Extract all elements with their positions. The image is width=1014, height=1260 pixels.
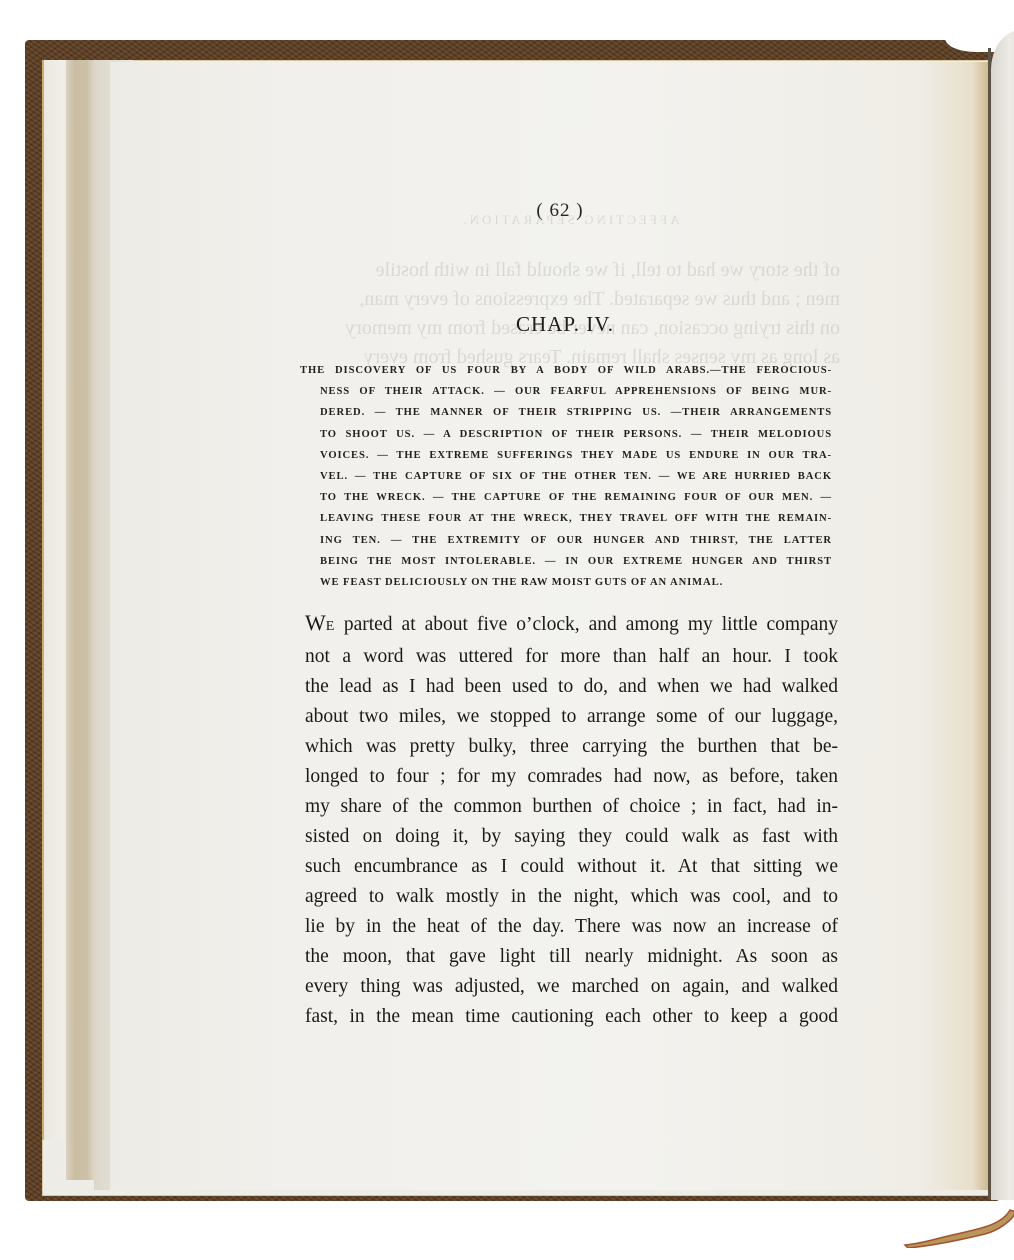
ribbon-bookmark-icon [900, 1208, 1014, 1248]
summary-line: THE DISCOVERY OF US FOUR BY A BODY OF WI… [300, 360, 832, 381]
page-number: ( 62 ) [490, 200, 630, 222]
body-line: such encumbrance as I could without it. … [305, 852, 838, 882]
body-line: longed to four ; for my comrades had now… [305, 762, 838, 792]
body-paragraph: WE parted at about five o’clock, and amo… [305, 608, 838, 1032]
body-line: my share of the common burthen of choice… [305, 792, 838, 822]
summary-line: BEING THE MOST INTOLERABLE. — IN OUR EXT… [300, 551, 832, 572]
body-line: which was pretty bulky, three carrying t… [305, 732, 838, 762]
body-line: lie by in the heat of the day. There was… [305, 912, 838, 942]
summary-line: TO THE WRECK. — THE CAPTURE OF THE REMAI… [300, 487, 832, 508]
bleed-line: men ; and thus we separated. The express… [300, 285, 840, 314]
first-line-text: parted at about five o’clock, and among … [335, 614, 838, 635]
body-line: agreed to walk mostly in the night, whic… [305, 882, 838, 912]
summary-line: WE FEAST DELICIOUSLY ON THE RAW MOIST GU… [300, 572, 832, 593]
body-line: every thing was adjusted, we marched on … [305, 972, 838, 1002]
body-line: fast, in the mean time cautioning each o… [305, 1002, 838, 1032]
body-line: the lead as I had been used to do, and w… [305, 672, 838, 702]
body-line: about two miles, we stopped to arrange s… [305, 702, 838, 732]
body-line: the moon, that gave light till nearly mi… [305, 942, 838, 972]
next-page-curl [991, 30, 1014, 1200]
summary-line: VOICES. — THE EXTREME SUFFERINGS THEY MA… [300, 445, 832, 466]
small-cap: E [326, 619, 335, 634]
body-line-first: WE parted at about five o’clock, and amo… [305, 608, 838, 642]
body-line: sisted on doing it, by saying they could… [305, 822, 838, 852]
summary-line: VEL. — THE CAPTURE OF SIX OF THE OTHER T… [300, 466, 832, 487]
chapter-summary: THE DISCOVERY OF US FOUR BY A BODY OF WI… [300, 360, 832, 593]
body-line: not a word was uttered for more than hal… [305, 642, 838, 672]
summary-line: TO SHOOT US. — A DESCRIPTION OF THEIR PE… [300, 424, 832, 445]
page-gutter [988, 48, 991, 1198]
left-page-shadow-stripe [66, 60, 96, 1180]
summary-line: LEAVING THESE FOUR AT THE WRECK, THEY TR… [300, 508, 832, 529]
summary-line: ING TEN. — THE EXTREMITY OF OUR HUNGER A… [300, 530, 832, 551]
summary-line: NESS OF THEIR ATTACK. — OUR FEARFUL APPR… [300, 381, 832, 402]
bleed-line: of the story we had to tell, if we shoul… [300, 256, 840, 285]
chapter-title: CHAP. IV. [440, 312, 690, 337]
drop-cap: W [305, 610, 326, 635]
bleed-through-text: AFFECTING SEPARATION. of the story we ha… [300, 205, 840, 372]
summary-line: DERED. — THE MANNER OF THEIR STRIPPING U… [300, 402, 832, 423]
